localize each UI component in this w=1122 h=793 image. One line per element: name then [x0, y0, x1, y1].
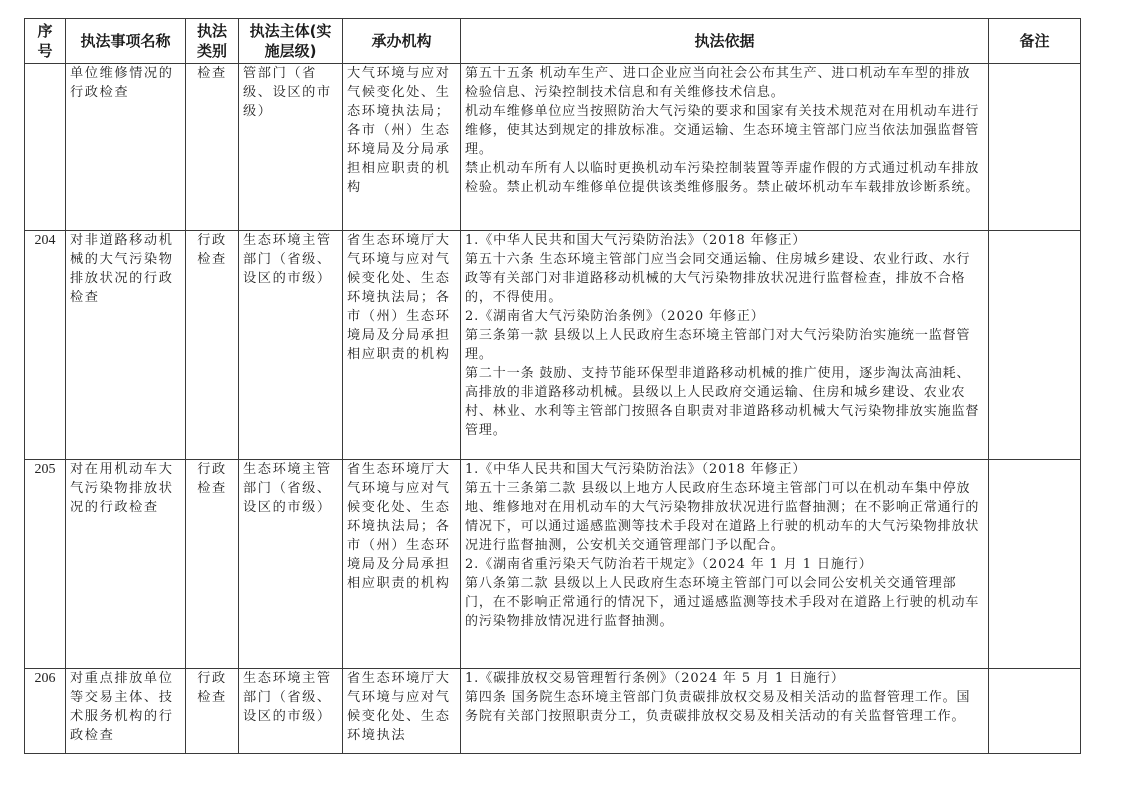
row-item-name: 单位维修情况的行政检查	[66, 64, 186, 231]
header-row: 序 号 执法事项名称 执法 类别 执法主体(实 施层级) 承办机构 执法依据 备…	[25, 19, 1081, 64]
row-category: 检查	[186, 64, 239, 231]
header-category: 执法 类别	[186, 19, 239, 64]
row-remarks	[989, 231, 1081, 460]
basis-paragraph: 禁止机动车所有人以临时更换机动车污染控制装置等弄虚作假的方式通过机动车排放检验。…	[465, 159, 984, 197]
row-subject: 生态环境主管部门（省级、设区的市级）	[239, 460, 343, 669]
header-agency: 承办机构	[343, 19, 461, 64]
basis-paragraph: 第二十一条 鼓励、支持节能环保型非道路移动机械的推广使用，逐步淘汰高油耗、高排放…	[465, 364, 984, 440]
header-no: 序 号	[25, 19, 66, 64]
basis-paragraph: 2.《湖南省重污染天气防治若干规定》（2024 年 1 月 1 日施行）	[465, 555, 984, 574]
header-subject: 执法主体(实 施层级)	[239, 19, 343, 64]
basis-paragraph: 2.《湖南省大气污染防治条例》（2020 年修正）	[465, 307, 984, 326]
row-subject: 生态环境主管部门（省级、设区的市级）	[239, 231, 343, 460]
row-basis: 第五十五条 机动车生产、进口企业应当向社会公布其生产、进口机动车车型的排放检验信…	[461, 64, 989, 231]
basis-paragraph: 第五十三条第二款 县级以上地方人民政府生态环境主管部门可以在机动车集中停放地、维…	[465, 479, 984, 555]
row-remarks	[989, 669, 1081, 754]
row-subject: 管部门（省级、设区的市级）	[239, 64, 343, 231]
basis-paragraph: 1.《中华人民共和国大气污染防治法》（2018 年修正）	[465, 460, 984, 479]
row-subject: 生态环境主管部门（省级、设区的市级）	[239, 669, 343, 754]
row-item-name: 对非道路移动机械的大气污染物排放状况的行政检查	[66, 231, 186, 460]
basis-paragraph: 1.《碳排放权交易管理暂行条例》（2024 年 5 月 1 日施行）	[465, 669, 984, 688]
row-agency: 省生态环境厅大气环境与应对气候变化处、生态环境执法局；各市（州）生态环境局及分局…	[343, 460, 461, 669]
row-no: 205	[25, 460, 66, 669]
row-agency: 省生态环境厅大气环境与应对气候变化处、生态环境执法	[343, 669, 461, 754]
row-no: 206	[25, 669, 66, 754]
table-row: 单位维修情况的行政检查 检查 管部门（省级、设区的市级） 大气环境与应对气候变化…	[25, 64, 1081, 231]
row-basis: 1.《中华人民共和国大气污染防治法》（2018 年修正） 第五十三条第二款 县级…	[461, 460, 989, 669]
basis-paragraph: 第八条第二款 县级以上人民政府生态环境主管部门可以会同公安机关交通管理部门，在不…	[465, 574, 984, 631]
row-no: 204	[25, 231, 66, 460]
basis-paragraph: 第五十六条 生态环境主管部门应当会同交通运输、住房城乡建设、农业行政、水行政等有…	[465, 250, 984, 307]
row-agency: 省生态环境厅大气环境与应对气候变化处、生态环境执法局；各市（州）生态环境局及分局…	[343, 231, 461, 460]
enforcement-items-table: 序 号 执法事项名称 执法 类别 执法主体(实 施层级) 承办机构 执法依据 备…	[24, 18, 1081, 754]
row-remarks	[989, 460, 1081, 669]
header-item-name: 执法事项名称	[66, 19, 186, 64]
basis-paragraph: 第五十五条 机动车生产、进口企业应当向社会公布其生产、进口机动车车型的排放检验信…	[465, 64, 984, 102]
row-category: 行政检查	[186, 460, 239, 669]
basis-paragraph: 第四条 国务院生态环境主管部门负责碳排放权交易及相关活动的监督管理工作。国务院有…	[465, 688, 984, 726]
row-item-name: 对重点排放单位等交易主体、技术服务机构的行政检查	[66, 669, 186, 754]
header-remarks: 备注	[989, 19, 1081, 64]
table-row: 206 对重点排放单位等交易主体、技术服务机构的行政检查 行政检查 生态环境主管…	[25, 669, 1081, 754]
header-basis: 执法依据	[461, 19, 989, 64]
basis-paragraph: 1.《中华人民共和国大气污染防治法》（2018 年修正）	[465, 231, 984, 250]
row-item-name: 对在用机动车大气污染物排放状况的行政检查	[66, 460, 186, 669]
row-basis: 1.《中华人民共和国大气污染防治法》（2018 年修正） 第五十六条 生态环境主…	[461, 231, 989, 460]
row-category: 行政检查	[186, 669, 239, 754]
row-basis: 1.《碳排放权交易管理暂行条例》（2024 年 5 月 1 日施行） 第四条 国…	[461, 669, 989, 754]
table-row: 205 对在用机动车大气污染物排放状况的行政检查 行政检查 生态环境主管部门（省…	[25, 460, 1081, 669]
table-row: 204 对非道路移动机械的大气污染物排放状况的行政检查 行政检查 生态环境主管部…	[25, 231, 1081, 460]
basis-paragraph: 第三条第一款 县级以上人民政府生态环境主管部门对大气污染防治实施统一监督管理。	[465, 326, 984, 364]
row-agency: 大气环境与应对气候变化处、生态环境执法局；各市（州）生态环境局及分局承担相应职责…	[343, 64, 461, 231]
row-no	[25, 64, 66, 231]
row-remarks	[989, 64, 1081, 231]
row-category: 行政检查	[186, 231, 239, 460]
basis-paragraph: 机动车维修单位应当按照防治大气污染的要求和国家有关技术规范对在用机动车进行维修，…	[465, 102, 984, 159]
